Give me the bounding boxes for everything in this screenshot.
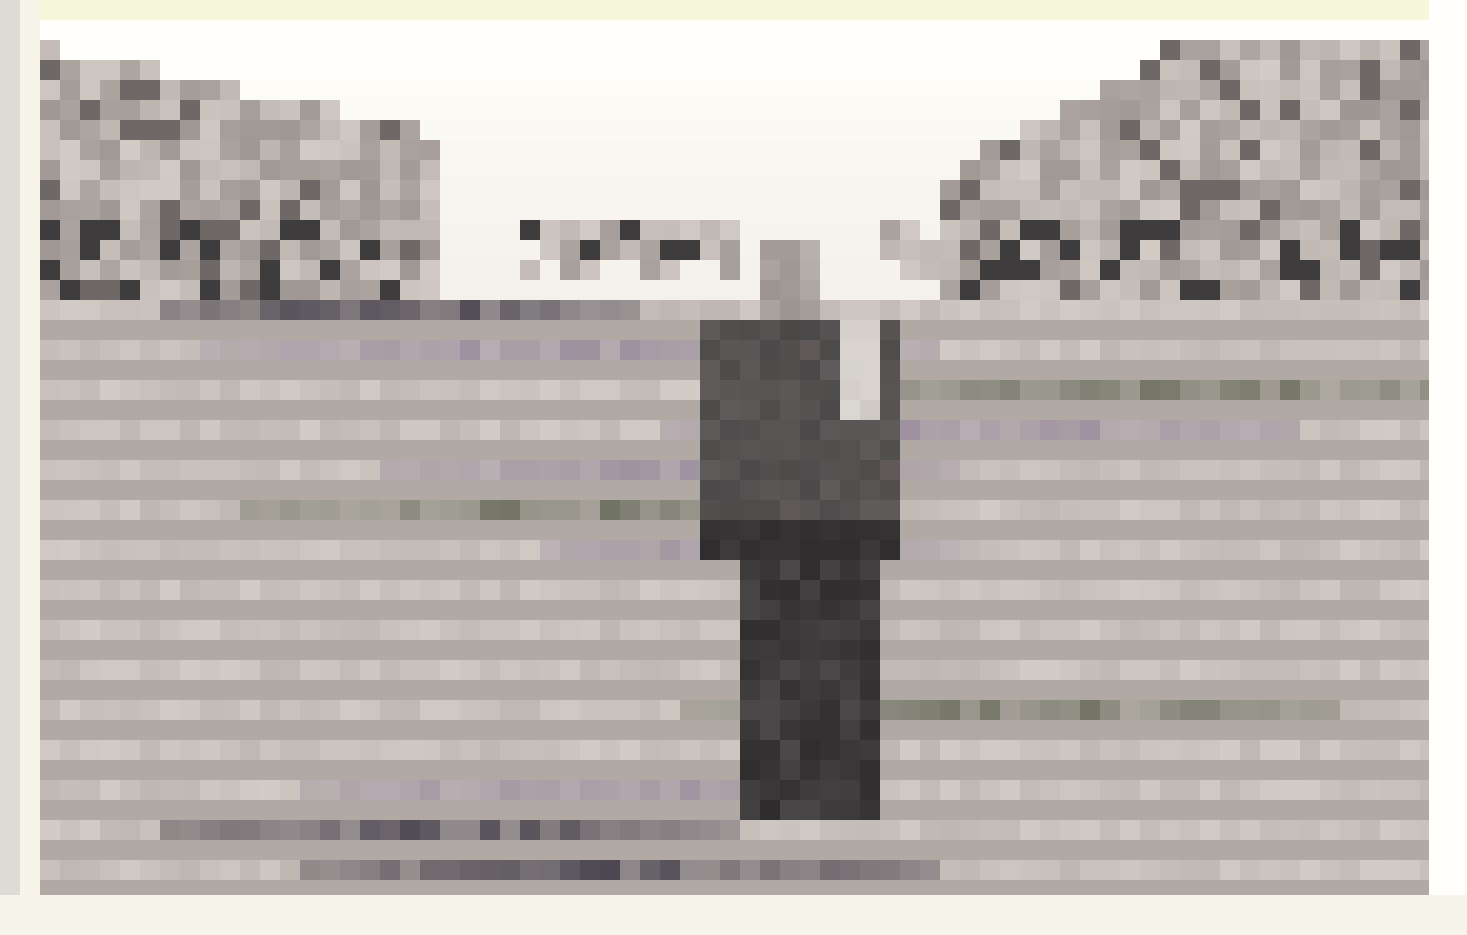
pixelated-photo bbox=[0, 0, 1467, 935]
photo-frame: Pixelated (mosaic) black-and-white style… bbox=[0, 0, 1467, 935]
